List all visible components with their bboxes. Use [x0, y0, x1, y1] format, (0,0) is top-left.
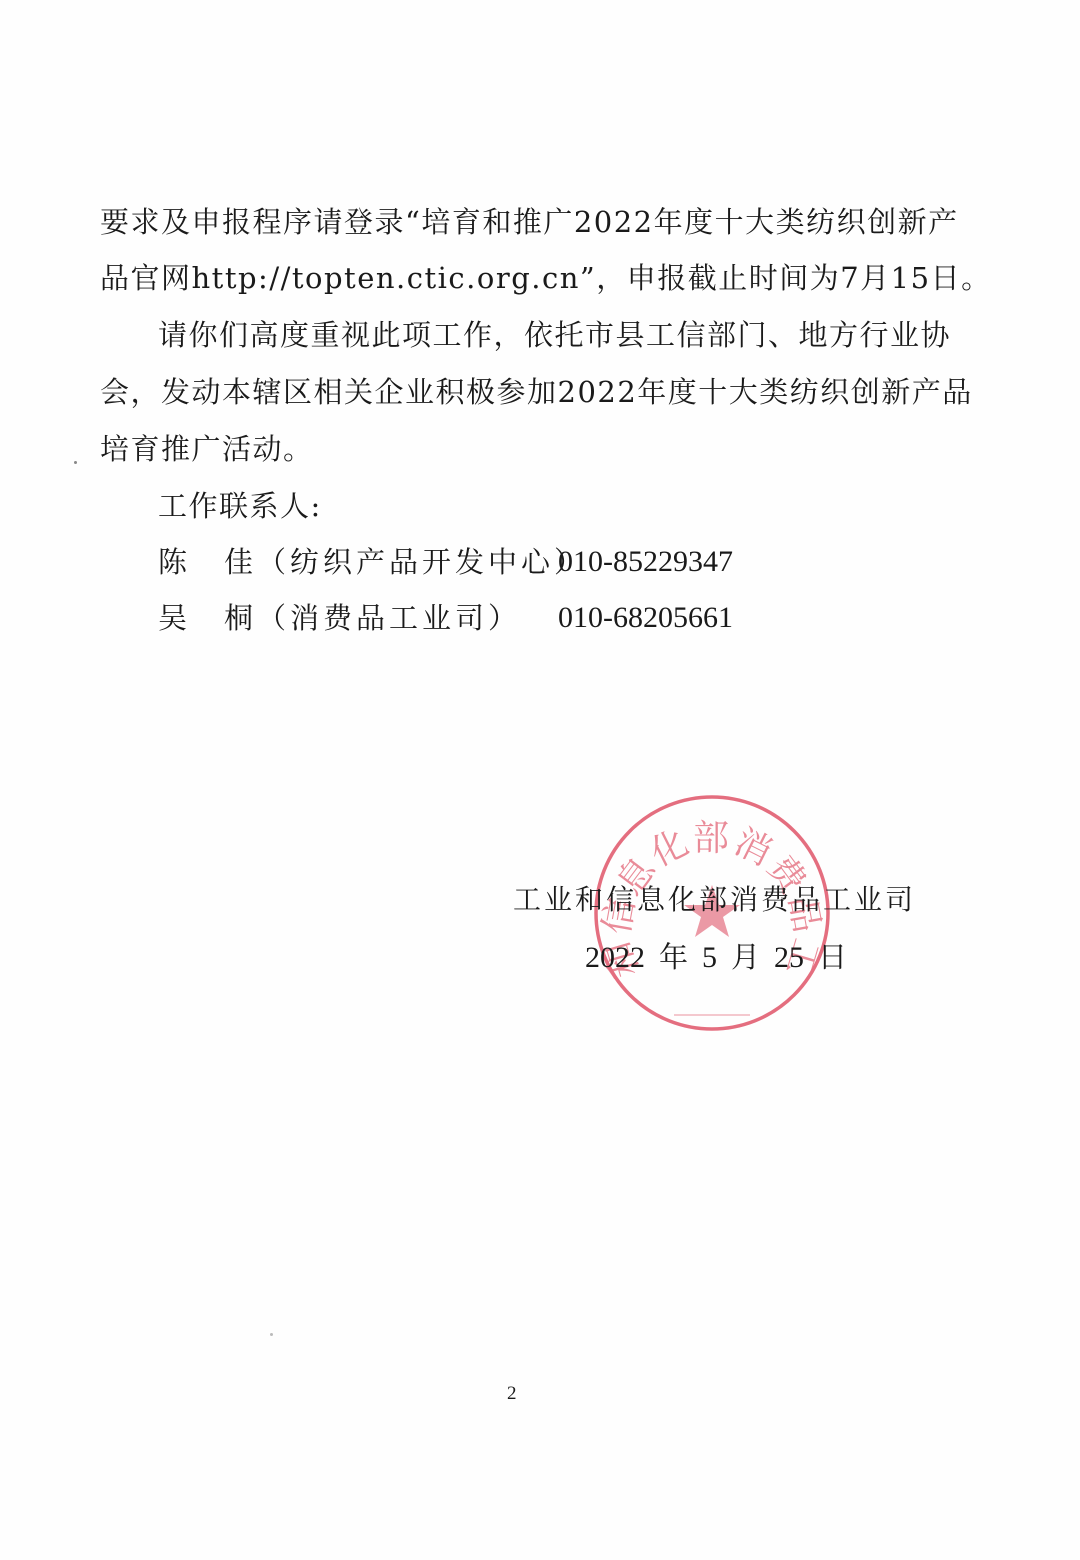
date-year-unit: 年	[659, 940, 688, 974]
date-year: 2022	[585, 941, 645, 974]
paragraph-1-line-1: 要求及申报程序请登录“培育和推广2022年度十大类纺织创新产	[100, 202, 959, 242]
contacts-heading: 工作联系人:	[158, 486, 322, 526]
date-day: 25	[774, 941, 804, 974]
contact-2-name: 吴 桐（消费品工业司）	[158, 598, 521, 638]
contact-1-name: 陈 佳（纺织产品开发中心）	[158, 542, 587, 582]
date-day-unit: 日	[818, 940, 847, 974]
paragraph-2-line-2: 会，发动本辖区相关企业积极参加2022年度十大类纺织创新产品	[100, 372, 973, 412]
page-number: 2	[507, 1382, 517, 1406]
date-month-unit: 月	[731, 940, 760, 974]
contact-2-phone: 010-68205661	[558, 598, 733, 638]
signature-organization: 工业和信息化部消费品工业司	[513, 880, 916, 920]
contact-1-phone: 010-85229347	[558, 542, 733, 582]
document-page: 要求及申报程序请登录“培育和推广2022年度十大类纺织创新产 品官网http:/…	[0, 0, 1080, 1560]
date-month: 5	[702, 941, 717, 974]
scan-speck	[270, 1333, 273, 1336]
paragraph-2-line-3: 培育推广活动。	[100, 429, 314, 469]
scan-speck	[74, 461, 77, 464]
paragraph-1-line-2: 品官网http://topten.ctic.org.cn”，申报截止时间为7月1…	[100, 258, 992, 298]
paragraph-2-line-1: 请你们高度重视此项工作，依托市县工信部门、地方行业协	[158, 315, 951, 355]
signature-date: 2022年5月25日	[585, 937, 847, 978]
